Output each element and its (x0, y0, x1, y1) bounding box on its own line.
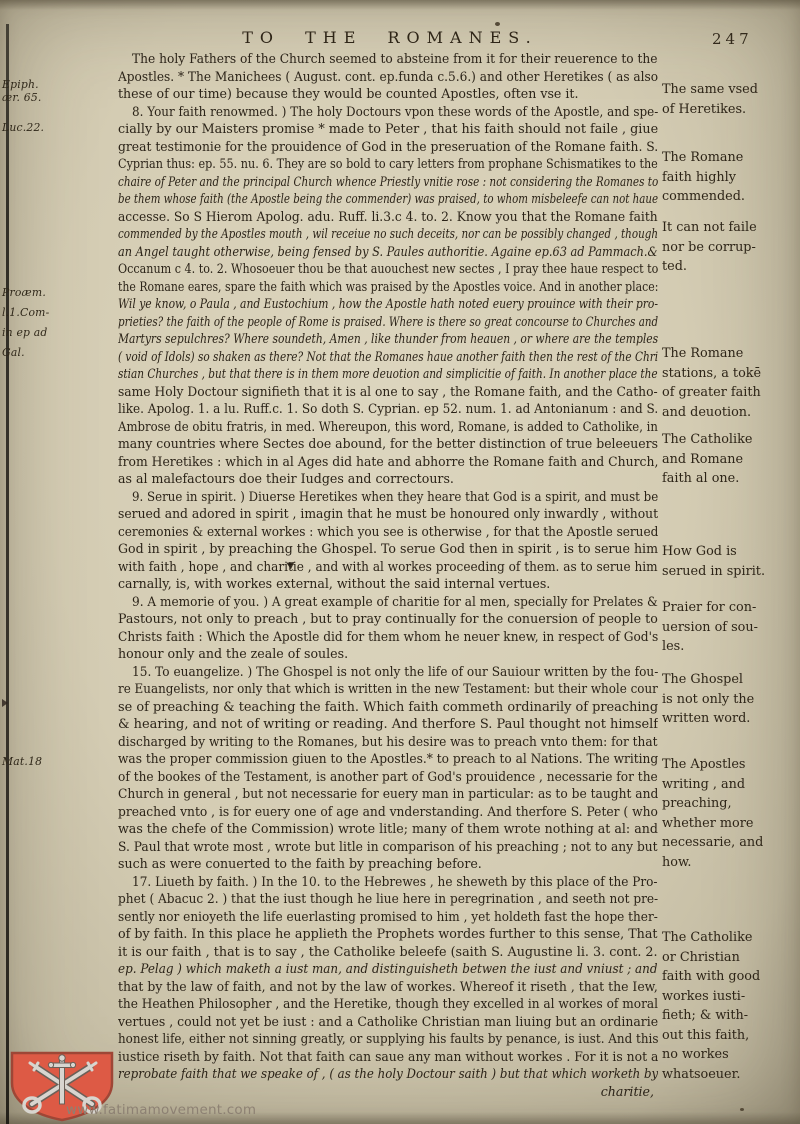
margin-note-line: The Ghospel (662, 670, 754, 690)
margin-note-line: of greater faith (662, 383, 761, 403)
margin-note-line: necessarie, and (662, 833, 763, 853)
margin-note-line: ted. (662, 257, 757, 277)
page-edge-line (6, 24, 9, 1124)
main-text-line: prieties? the faith of the people of Rom… (118, 313, 658, 331)
main-text-line: ep. Pelag ) which maketh a iust man, and… (118, 960, 658, 978)
main-text-line: like. Apolog. 1. a lu. Ruff.c. 1. So dot… (118, 400, 658, 418)
main-text-line: it is our faith , that is to say , the C… (118, 943, 658, 961)
margin-note-line: Proæm. (2, 283, 46, 303)
main-text-line: of by faith. In this place he applieth t… (118, 925, 658, 943)
main-text-line: discharged by writing to the Romanes, bu… (118, 733, 658, 751)
margin-note: Proæm. (2, 283, 46, 303)
main-text-line: many countries where Sectes doe abound, … (118, 435, 658, 453)
main-text-line: same Holy Doctour signifieth that it is … (118, 383, 658, 401)
margin-note: Mat.18 (2, 755, 42, 768)
margin-note-line: workes iusti- (662, 987, 760, 1007)
margin-note-line: les. (662, 637, 758, 657)
margin-note-line: and Romane (662, 450, 752, 470)
main-text-line: Martyrs sepulchres? Where soundeth, Amen… (118, 330, 658, 348)
margin-note-line: stations, a tokē (662, 364, 761, 384)
margin-note-line: How God is (662, 542, 765, 562)
main-text-line: accesse. So S Hierom Apolog. adu. Ruff. … (118, 208, 658, 226)
margin-note: The Catholikeor Christianfaith with good… (662, 928, 760, 1084)
margin-note-line: l.1.Com- (2, 303, 49, 323)
margin-note: The same vsedof Heretikes. (662, 80, 758, 119)
margin-note-line: Mat.18 (2, 755, 42, 768)
margin-note: The Catholikeand Romanefaith al one. (662, 430, 752, 489)
margin-note-line: The Catholike (662, 928, 760, 948)
main-text-line: preached vnto , is for euery one of age … (118, 803, 658, 821)
main-text-line: from Heretikes : which in al Ages did ha… (118, 453, 658, 471)
main-text-line: The holy Fathers of the Church seemed to… (118, 50, 658, 68)
main-text-line: that by the law of faith, and not by the… (118, 978, 658, 996)
main-text-line: commended by the Apostles mouth , wil re… (118, 225, 658, 243)
margin-note-line: Praier for con- (662, 598, 758, 618)
main-text-line: ceremonies & external workes : which you… (118, 523, 658, 541)
main-text-line: Apostles. * The Manichees ( August. cont… (118, 68, 658, 86)
main-text-line: Wil ye know, o Paula , and Eustochium , … (118, 295, 658, 313)
margin-note: How God isserued in spirit. (662, 542, 765, 581)
margin-note-line: Gal. (2, 343, 49, 363)
margin-note-line: nor be corrup- (662, 238, 757, 258)
margin-note-line: and deuotion. (662, 403, 761, 423)
margin-note-line: The Romane (662, 148, 745, 168)
main-text-line: serued and adored in spirit , imagin tha… (118, 505, 658, 523)
margin-note-line: faith al one. (662, 469, 752, 489)
watermark-url: www.fatimamovement.com (66, 1102, 256, 1118)
main-text-line: an Angel taught otherwise, being fensed … (118, 243, 658, 261)
margin-note-line: The Catholike (662, 430, 752, 450)
margin-note-line: in ep ad (2, 323, 49, 343)
margin-note-line: how. (662, 853, 763, 873)
main-text-line: honest life, either not sinning greatly,… (118, 1030, 658, 1048)
main-text-line: 9. A memorie of you. ) A great example o… (118, 593, 658, 611)
main-text-line: Church in general , but not necessarie f… (118, 785, 658, 803)
main-text-line: Pastours, not only to preach , but to pr… (118, 610, 658, 628)
main-text-line: carnally, is, with workes external, with… (118, 575, 658, 593)
ink-mark (2, 699, 8, 707)
margin-note-line: preaching, (662, 794, 763, 814)
watermark: www.fatimamovement.com (8, 1050, 308, 1124)
main-text-line: as al malefactours doe their Iudges and … (118, 470, 658, 488)
main-text-line: Christs faith : Which the Apostle did fo… (118, 628, 658, 646)
page-title: TO THE ROMANES. (242, 28, 538, 47)
margin-note-line: The same vsed (662, 80, 758, 100)
margin-note: The Ghospelis not only thewritten word. (662, 670, 754, 729)
margin-note-line: fieth; & with- (662, 1006, 760, 1026)
ink-mark (740, 1108, 744, 1111)
main-text-line: 17. Liueth by faith. ) In the 10. to the… (118, 873, 658, 891)
main-text-line: Cyprian thus: ep. 55. nu. 6. They are so… (118, 155, 658, 173)
main-text-line: such as were conuerted to the faith by p… (118, 855, 658, 873)
main-text-line: was the proper commission giuen to the A… (118, 750, 658, 768)
main-text-line: these of our time) because they would be… (118, 85, 658, 103)
margin-note-line: ær. 65. (2, 91, 42, 104)
main-text-line: phet ( Abacuc 2. ) that the iust though … (118, 890, 658, 908)
main-text-line: 8. Your faith renowmed. ) The holy Docto… (118, 103, 658, 121)
page-number: 247 (712, 30, 782, 48)
margin-note-line: The Romane (662, 344, 761, 364)
main-text-line: with faith , hope , and charitie , and w… (118, 558, 658, 576)
main-text-line: vertues , could not yet be iust : and a … (118, 1013, 658, 1031)
margin-note-line: faith highly (662, 168, 745, 188)
main-text-line: 9. Serue in spirit. ) Diuerse Heretikes … (118, 488, 658, 506)
main-text-line: stian Churches , but that there is in th… (118, 365, 658, 383)
main-text-line: was the chefe of the Commission) wrote l… (118, 820, 658, 838)
main-text-line: se of preaching & teaching the faith. Wh… (118, 698, 658, 716)
main-text-line: of the bookes of the Testament, is anoth… (118, 768, 658, 786)
margin-note: Luc.22. (2, 121, 44, 134)
margin-note: The Apostleswriting , andpreaching,wheth… (662, 755, 763, 872)
main-text-line: be them whose faith (the Apostle being t… (118, 190, 658, 208)
margin-note-line: or Christian (662, 948, 760, 968)
main-text-line: chaire of Peter and the principal Church… (118, 173, 658, 191)
main-text-column: The holy Fathers of the Church seemed to… (118, 50, 658, 1108)
margin-note-line: Epiph. (2, 78, 42, 91)
margin-note-line: writing , and (662, 775, 763, 795)
main-text-line: & hearing, and not of writing or reading… (118, 715, 658, 733)
margin-note-line: commended. (662, 187, 745, 207)
margin-note: The Romanefaith highlycommended. (662, 148, 745, 207)
main-text-line: sently nor enioyeth the life euerlasting… (118, 908, 658, 926)
main-text-line: 15. To euangelize. ) The Ghospel is not … (118, 663, 658, 681)
margin-note: l.1.Com-in ep adGal. (2, 303, 49, 363)
margin-note-line: of Heretikes. (662, 100, 758, 120)
margin-note-line: faith with good (662, 967, 760, 987)
main-text-line: great testimonie for the prouidence of G… (118, 138, 658, 156)
main-text-line: Occanum c 4. to. 2. Whosoeuer thou be th… (118, 260, 658, 278)
main-text-line: S. Paul that wrote most , wrote but litl… (118, 838, 658, 856)
margin-note-line: uersion of sou- (662, 618, 758, 638)
main-text-line: Ambrose de obitu fratris, in med. Whereu… (118, 418, 658, 436)
margin-note-line: It can not faile (662, 218, 757, 238)
margin-note-line: out this faith, (662, 1026, 760, 1046)
margin-note-line: Luc.22. (2, 121, 44, 134)
margin-note: The Romanestations, a tokēof greater fai… (662, 344, 761, 422)
margin-note-line: whatsoeuer. (662, 1065, 760, 1085)
margin-note-line: whether more (662, 814, 763, 834)
margin-note: Praier for con-uersion of sou-les. (662, 598, 758, 657)
main-text-line: re Euangelists, nor only that which is w… (118, 680, 658, 698)
margin-note-line: is not only the (662, 690, 754, 710)
margin-note-line: written word. (662, 709, 754, 729)
margin-note: Epiph.ær. 65. (2, 78, 42, 104)
page-header: TO THE ROMANES. (120, 28, 660, 47)
main-text-line: cially by our Maisters promise * made to… (118, 120, 658, 138)
main-text-line: God in spirit , by preaching the Ghospel… (118, 540, 658, 558)
main-text-line: the Heathen Philosopher , and the Hereti… (118, 995, 658, 1013)
margin-note-line: The Apostles (662, 755, 763, 775)
margin-note-line: serued in spirit. (662, 562, 765, 582)
margin-note: It can not failenor be corrup-ted. (662, 218, 757, 277)
main-text-line: honour only and the zeale of soules. (118, 645, 658, 663)
margin-note-line: no workes (662, 1045, 760, 1065)
main-text-line: the Romane eares, spare the faith which … (118, 278, 658, 296)
main-text-line: ( void of Idols) so shaken as there? Not… (118, 348, 658, 366)
ink-mark (495, 22, 500, 26)
